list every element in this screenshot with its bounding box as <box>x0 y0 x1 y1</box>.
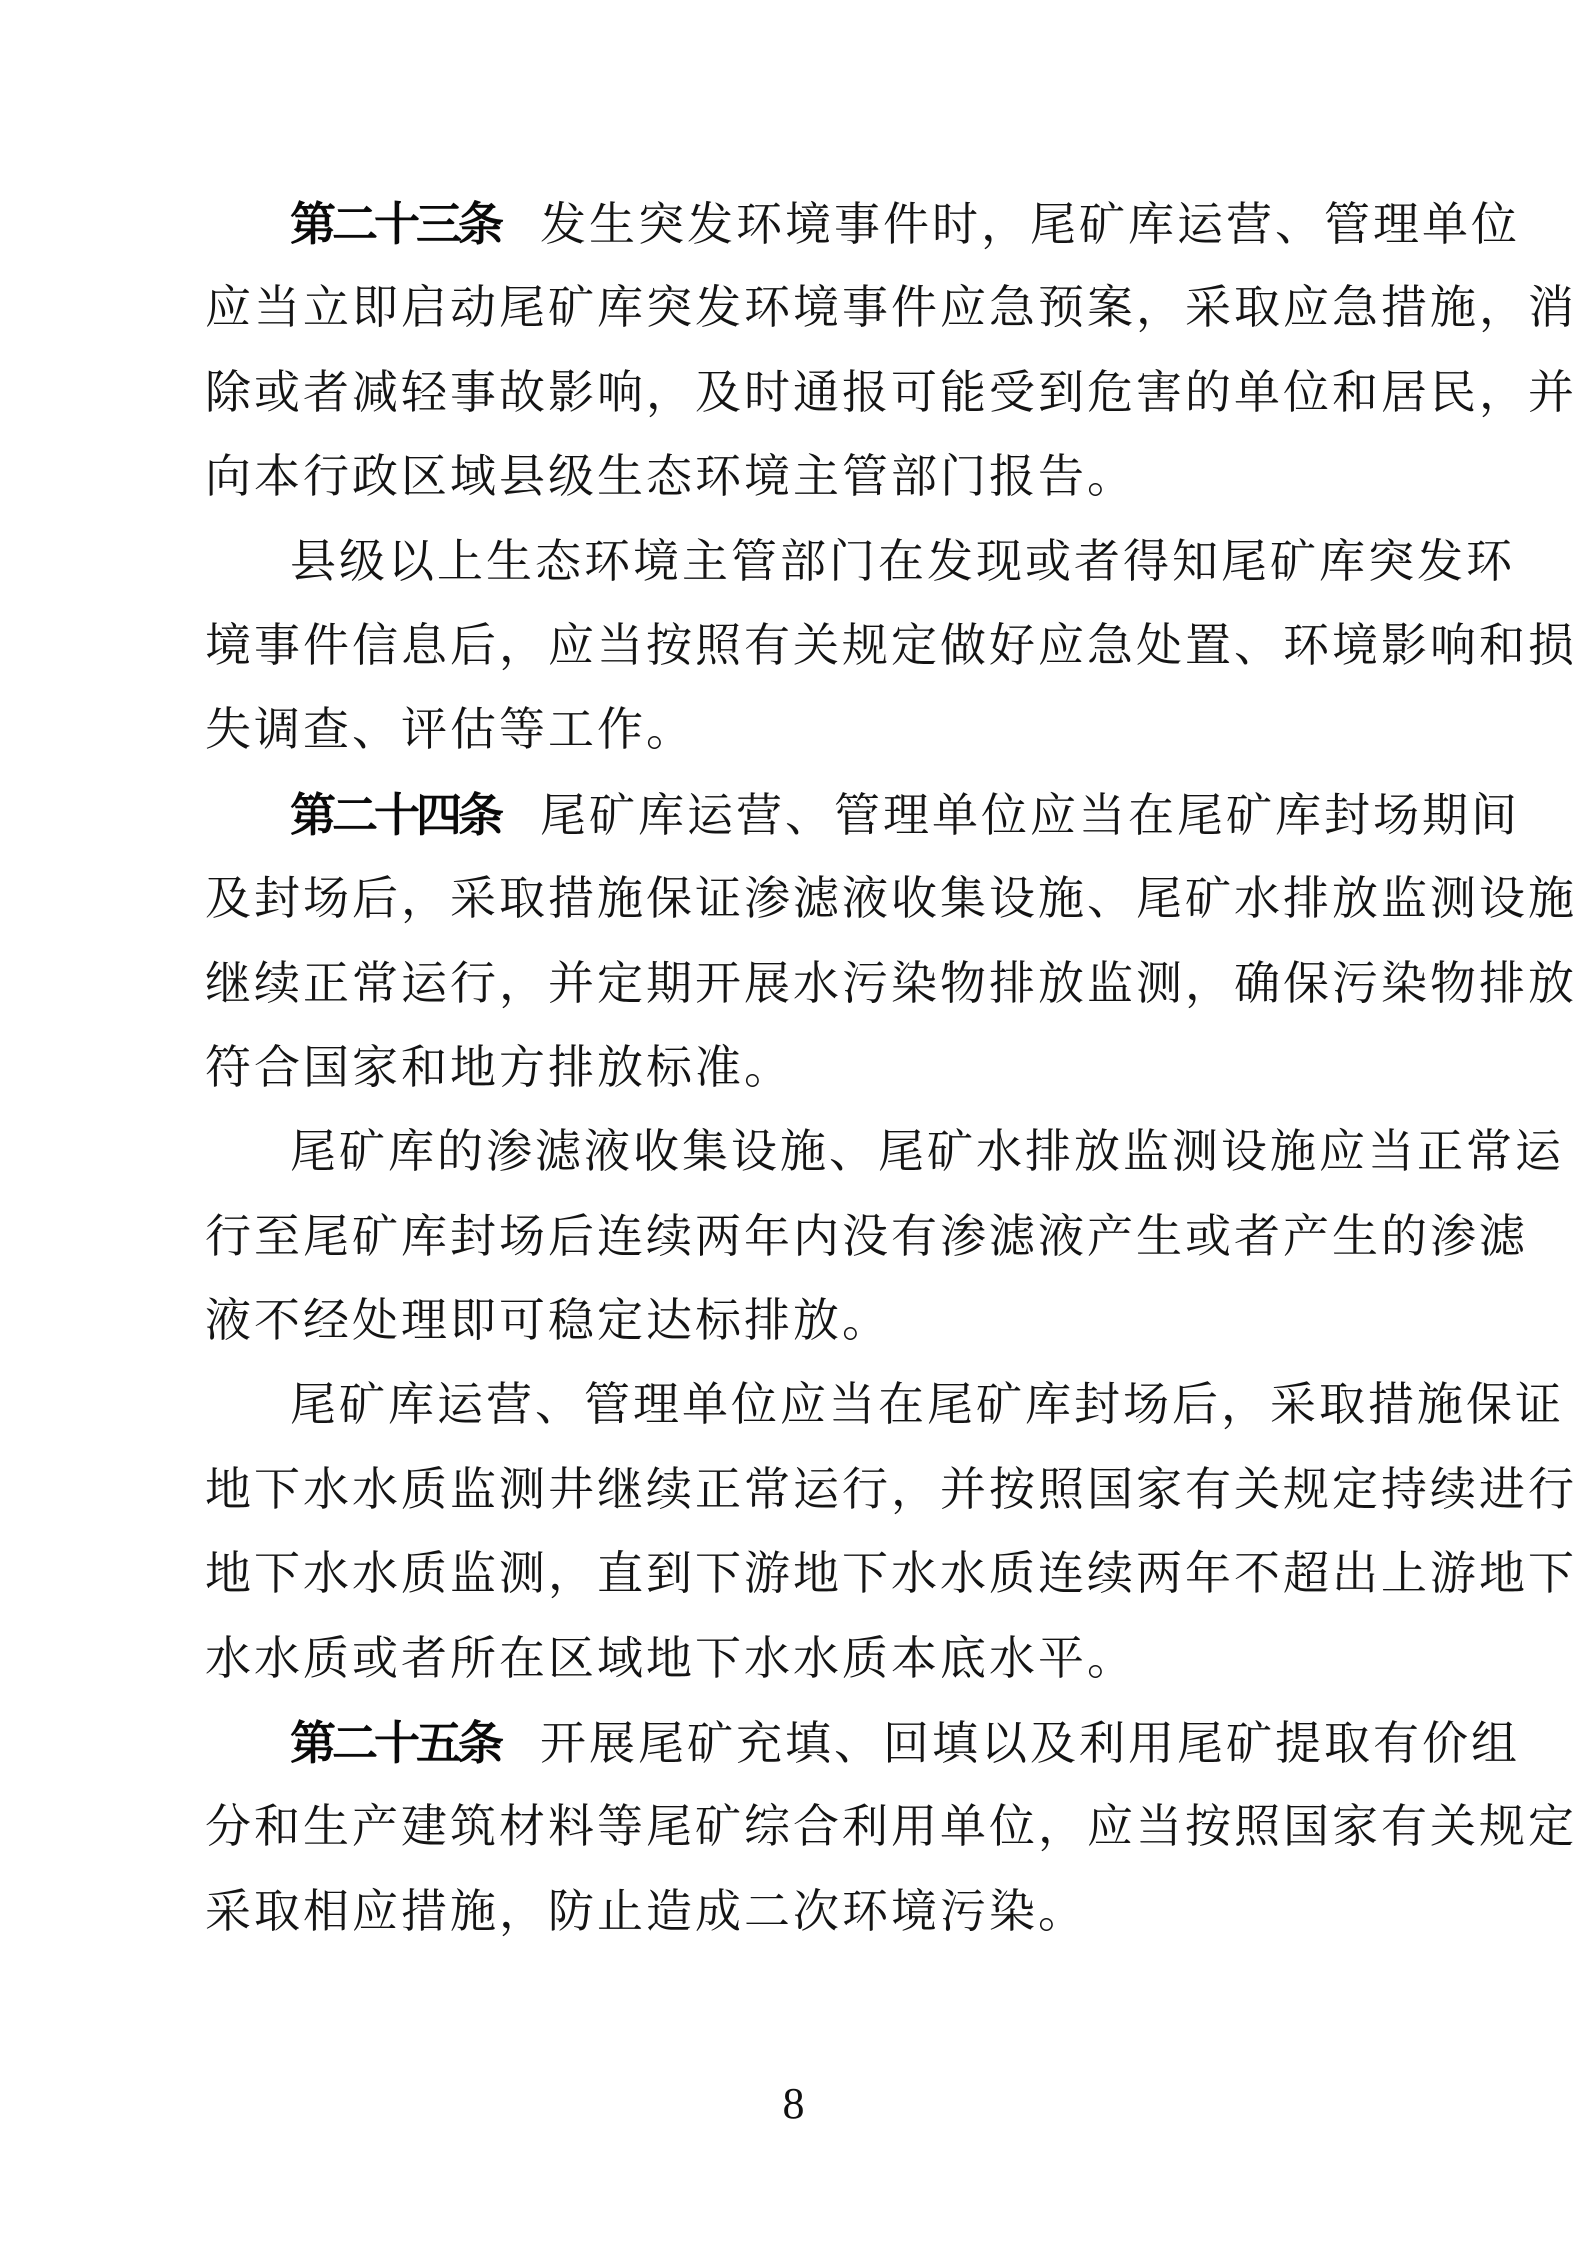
text-line: 地下水水质监测井继续正常运行，并按照国家有关规定持续进行 <box>205 1448 1555 1532</box>
article-number: 第二十四条 <box>290 789 500 841</box>
line-text: 境事件信息后，应当按照有关规定做好应急处置、环境影响和损 <box>205 620 1577 671</box>
line-text: 尾矿库运营、管理单位应当在尾矿库封场后，采取措施保证 <box>290 1379 1564 1430</box>
line-text: 向本行政区域县级生态环境主管部门报告。 <box>205 451 1136 502</box>
text-line: 第二十三条发生突发环境事件时，尾矿库运营、管理单位 <box>205 182 1555 266</box>
line-text: 应当立即启动尾矿库突发环境事件应急预案，采取应急措施，消 <box>205 282 1577 333</box>
line-text: 地下水水质监测井继续正常运行，并按照国家有关规定持续进行 <box>205 1464 1577 1515</box>
text-line: 分和生产建筑材料等尾矿综合利用单位，应当按照国家有关规定 <box>205 1785 1555 1869</box>
line-text: 开展尾矿充填、回填以及利用尾矿提取有价组 <box>540 1718 1520 1769</box>
line-text: 继续正常运行，并定期开展水污染物排放监测，确保污染物排放 <box>205 958 1577 1009</box>
line-text: 地下水水质监测，直到下游地下水水质连续两年不超出上游地下 <box>205 1548 1577 1599</box>
line-text: 失调查、评估等工作。 <box>205 704 695 755</box>
text-line: 尾矿库运营、管理单位应当在尾矿库封场后，采取措施保证 <box>205 1363 1555 1447</box>
text-line: 符合国家和地方排放标准。 <box>205 1026 1555 1110</box>
line-text: 符合国家和地方排放标准。 <box>205 1042 793 1093</box>
line-text: 尾矿库运营、管理单位应当在尾矿库封场期间 <box>540 790 1520 841</box>
line-text: 发生突发环境事件时，尾矿库运营、管理单位 <box>540 199 1520 250</box>
line-text: 除或者减轻事故影响，及时通报可能受到危害的单位和居民，并 <box>205 367 1577 418</box>
article-number: 第二十三条 <box>290 198 500 250</box>
text-line: 第二十四条尾矿库运营、管理单位应当在尾矿库封场期间 <box>205 773 1555 857</box>
text-line: 继续正常运行，并定期开展水污染物排放监测，确保污染物排放 <box>205 942 1555 1026</box>
text-line: 及封场后，采取措施保证渗滤液收集设施、尾矿水排放监测设施 <box>205 857 1555 941</box>
paragraph: 第二十三条发生突发环境事件时，尾矿库运营、管理单位应当立即启动尾矿库突发环境事件… <box>205 182 1555 520</box>
text-line: 县级以上生态环境主管部门在发现或者得知尾矿库突发环 <box>205 520 1555 604</box>
line-text: 尾矿库的渗滤液收集设施、尾矿水排放监测设施应当正常运 <box>290 1126 1564 1177</box>
line-text: 液不经处理即可稳定达标排放。 <box>205 1295 891 1346</box>
text-line: 行至尾矿库封场后连续两年内没有渗滤液产生或者产生的渗滤 <box>205 1195 1555 1279</box>
document-body: 第二十三条发生突发环境事件时，尾矿库运营、管理单位应当立即启动尾矿库突发环境事件… <box>205 182 1555 1954</box>
text-line: 地下水水质监测，直到下游地下水水质连续两年不超出上游地下 <box>205 1532 1555 1616</box>
paragraph: 尾矿库运营、管理单位应当在尾矿库封场后，采取措施保证地下水水质监测井继续正常运行… <box>205 1363 1555 1701</box>
text-line: 失调查、评估等工作。 <box>205 688 1555 772</box>
text-line: 尾矿库的渗滤液收集设施、尾矿水排放监测设施应当正常运 <box>205 1110 1555 1194</box>
document-page: 第二十三条发生突发环境事件时，尾矿库运营、管理单位应当立即启动尾矿库突发环境事件… <box>0 0 1587 2245</box>
paragraph: 县级以上生态环境主管部门在发现或者得知尾矿库突发环境事件信息后，应当按照有关规定… <box>205 520 1555 773</box>
paragraph: 第二十四条尾矿库运营、管理单位应当在尾矿库封场期间及封场后，采取措施保证渗滤液收… <box>205 773 1555 1111</box>
paragraph: 第二十五条开展尾矿充填、回填以及利用尾矿提取有价组分和生产建筑材料等尾矿综合利用… <box>205 1701 1555 1954</box>
line-text: 采取相应措施，防止造成二次环境污染。 <box>205 1886 1087 1937</box>
paragraph: 尾矿库的渗滤液收集设施、尾矿水排放监测设施应当正常运行至尾矿库封场后连续两年内没… <box>205 1110 1555 1363</box>
line-text: 分和生产建筑材料等尾矿综合利用单位，应当按照国家有关规定 <box>205 1801 1577 1852</box>
article-number: 第二十五条 <box>290 1717 500 1769</box>
text-line: 除或者减轻事故影响，及时通报可能受到危害的单位和居民，并 <box>205 351 1555 435</box>
text-line: 水水质或者所在区域地下水水质本底水平。 <box>205 1617 1555 1701</box>
line-text: 及封场后，采取措施保证渗滤液收集设施、尾矿水排放监测设施 <box>205 873 1577 924</box>
text-line: 境事件信息后，应当按照有关规定做好应急处置、环境影响和损 <box>205 604 1555 688</box>
text-line: 第二十五条开展尾矿充填、回填以及利用尾矿提取有价组 <box>205 1701 1555 1785</box>
text-line: 液不经处理即可稳定达标排放。 <box>205 1279 1555 1363</box>
page-number: 8 <box>0 2078 1587 2129</box>
line-text: 行至尾矿库封场后连续两年内没有渗滤液产生或者产生的渗滤 <box>205 1211 1528 1262</box>
line-text: 县级以上生态环境主管部门在发现或者得知尾矿库突发环 <box>290 536 1515 587</box>
line-text: 水水质或者所在区域地下水水质本底水平。 <box>205 1633 1136 1684</box>
text-line: 应当立即启动尾矿库突发环境事件应急预案，采取应急措施，消 <box>205 266 1555 350</box>
text-line: 采取相应措施，防止造成二次环境污染。 <box>205 1870 1555 1954</box>
text-line: 向本行政区域县级生态环境主管部门报告。 <box>205 435 1555 519</box>
